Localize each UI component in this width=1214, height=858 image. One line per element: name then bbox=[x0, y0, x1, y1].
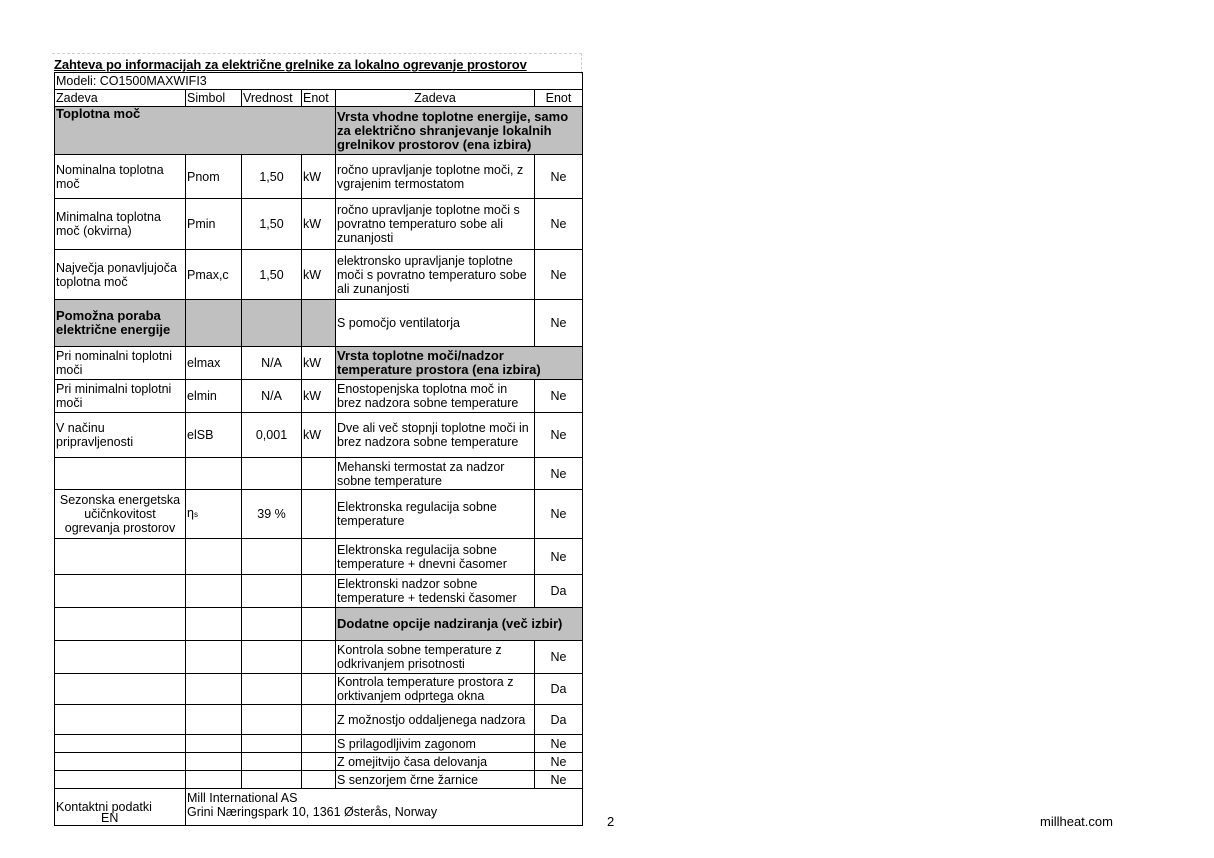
row-unit bbox=[302, 490, 336, 539]
table-row: Kontrola temperature prostora z orktivan… bbox=[55, 674, 583, 705]
row-right-value: Ne bbox=[535, 380, 583, 413]
row-right-value: Da bbox=[535, 674, 583, 705]
row-right-value: Ne bbox=[535, 539, 583, 575]
empty-cell bbox=[302, 608, 336, 641]
empty-cell bbox=[55, 458, 186, 490]
row-item: Minimalna toplotna moč (okvirna) bbox=[55, 199, 186, 250]
row-right-value: Ne bbox=[535, 458, 583, 490]
row-unit: kW bbox=[302, 347, 336, 380]
row-right-value: Ne bbox=[535, 735, 583, 753]
row-value: 1,50 bbox=[242, 250, 302, 300]
empty-cell bbox=[302, 753, 336, 771]
empty-cell bbox=[302, 771, 336, 789]
section-row: Toplotna moč Vrsta vhodne toplotne energ… bbox=[55, 107, 583, 155]
empty-cell bbox=[186, 300, 242, 347]
empty-cell bbox=[242, 771, 302, 789]
table-row: Dodatne opcije nadziranja (več izbir) bbox=[55, 608, 583, 641]
row-right-item: Elektronska regulacija sobne temperature bbox=[336, 490, 535, 539]
empty-cell bbox=[242, 608, 302, 641]
empty-cell bbox=[302, 735, 336, 753]
row-item: Pri minimalni toplotni moči bbox=[55, 380, 186, 413]
model-cell: Modeli: CO1500MAXWIFI3 bbox=[55, 73, 583, 90]
contact-details: Mill International AS Grini Næringspark … bbox=[186, 789, 583, 826]
empty-cell bbox=[242, 458, 302, 490]
page-number: 2 bbox=[607, 814, 614, 829]
empty-cell bbox=[186, 753, 242, 771]
row-symbol: ηs bbox=[186, 490, 242, 539]
row-right-value: Ne bbox=[535, 199, 583, 250]
empty-cell bbox=[302, 641, 336, 674]
row-item: Pri nominalni toplotni moči bbox=[55, 347, 186, 380]
contact-row: Kontaktni podatki EN Mill International … bbox=[55, 789, 583, 826]
table-row: Z omejitvijo časa delovanja Ne bbox=[55, 753, 583, 771]
empty-cell bbox=[186, 539, 242, 575]
empty-cell bbox=[55, 674, 186, 705]
empty-cell bbox=[55, 539, 186, 575]
section-heat-control-type: Vrsta toplotne moči/nadzor temperature p… bbox=[336, 347, 583, 380]
row-value: 39 % bbox=[242, 490, 302, 539]
header-row: Zadeva Simbol Vrednost Enot Zadeva Enot bbox=[55, 90, 583, 107]
header-value: Vrednost bbox=[242, 90, 302, 107]
table-row: S senzorjem črne žarnice Ne bbox=[55, 771, 583, 789]
row-symbol: Pmin bbox=[186, 199, 242, 250]
row-symbol: elSB bbox=[186, 413, 242, 458]
row-right-item: Z omejitvijo časa delovanja bbox=[336, 753, 535, 771]
table-row: Z možnostjo oddaljenega nadzora Da bbox=[55, 705, 583, 735]
row-right-value: Ne bbox=[535, 250, 583, 300]
row-right-item: Elektronski nadzor sobne temperature + t… bbox=[336, 575, 535, 608]
section-row: Pomožna poraba električne energije S pom… bbox=[55, 300, 583, 347]
row-symbol: Pnom bbox=[186, 155, 242, 199]
row-symbol: elmax bbox=[186, 347, 242, 380]
document-title: Zahteva po informacijah za električne gr… bbox=[54, 57, 527, 72]
table-row: Elektronski nadzor sobne temperature + t… bbox=[55, 575, 583, 608]
section-input-type: Vrsta vhodne toplotne energije, samo za … bbox=[336, 107, 583, 155]
empty-cell bbox=[242, 674, 302, 705]
empty-cell bbox=[302, 575, 336, 608]
website-link[interactable]: millheat.com bbox=[1040, 814, 1113, 829]
row-right-value: Ne bbox=[535, 753, 583, 771]
header-item: Zadeva bbox=[55, 90, 186, 107]
language-code: EN bbox=[101, 811, 118, 825]
empty-cell bbox=[186, 735, 242, 753]
table-row: Največja ponavljujoča toplotna moč Pmax,… bbox=[55, 250, 583, 300]
row-value: N/A bbox=[242, 380, 302, 413]
row-right-value: Ne bbox=[535, 771, 583, 789]
row-right-item: Kontrola sobne temperature z odkrivanjem… bbox=[336, 641, 535, 674]
table-row: Sezonska energetska učičnkovitost ogreva… bbox=[55, 490, 583, 539]
empty-cell bbox=[186, 458, 242, 490]
empty-cell bbox=[55, 771, 186, 789]
row-value: N/A bbox=[242, 347, 302, 380]
row-right-item: S pomočjo ventilatorja bbox=[336, 300, 535, 347]
section-additional-control: Dodatne opcije nadziranja (več izbir) bbox=[336, 608, 583, 641]
empty-cell bbox=[242, 641, 302, 674]
empty-cell bbox=[55, 641, 186, 674]
row-item: Sezonska energetska učičnkovitost ogreva… bbox=[55, 490, 186, 539]
table-row: S prilagodljivim zagonom Ne bbox=[55, 735, 583, 753]
empty-cell bbox=[302, 539, 336, 575]
row-right-value: Da bbox=[535, 705, 583, 735]
row-item: V načinu pripravljenosti bbox=[55, 413, 186, 458]
header-symbol: Simbol bbox=[186, 90, 242, 107]
empty-cell bbox=[302, 674, 336, 705]
empty-cell bbox=[302, 300, 336, 347]
table-row: Mehanski termostat za nadzor sobne tempe… bbox=[55, 458, 583, 490]
table-row: Nominalna toplotna moč Pnom 1,50 kW ročn… bbox=[55, 155, 583, 199]
model-row: Modeli: CO1500MAXWIFI3 bbox=[55, 73, 583, 90]
table-row: Minimalna toplotna moč (okvirna) Pmin 1,… bbox=[55, 199, 583, 250]
empty-cell bbox=[242, 539, 302, 575]
empty-cell bbox=[186, 674, 242, 705]
section-aux-consumption: Pomožna poraba električne energije bbox=[55, 300, 186, 347]
row-right-item: Enostopenjska toplotna moč in brez nadzo… bbox=[336, 380, 535, 413]
header-right-item: Zadeva bbox=[336, 90, 535, 107]
row-right-value: Ne bbox=[535, 155, 583, 199]
row-unit: kW bbox=[302, 413, 336, 458]
table-row: Elektronska regulacija sobne temperature… bbox=[55, 539, 583, 575]
row-right-item: Elektronska regulacija sobne temperature… bbox=[336, 539, 535, 575]
contact-label-cell: Kontaktni podatki EN bbox=[55, 789, 186, 826]
row-right-value: Da bbox=[535, 575, 583, 608]
row-item: Največja ponavljujoča toplotna moč bbox=[55, 250, 186, 300]
section-heat-output: Toplotna moč bbox=[55, 107, 336, 155]
contact-company: Mill International AS bbox=[187, 791, 581, 805]
header-right-unit: Enot bbox=[535, 90, 583, 107]
empty-cell bbox=[55, 735, 186, 753]
empty-cell bbox=[55, 575, 186, 608]
row-right-item: ročno upravljanje toplotne moči s povrat… bbox=[336, 199, 535, 250]
spec-table: Modeli: CO1500MAXWIFI3 Zadeva Simbol Vre… bbox=[54, 72, 583, 826]
empty-cell bbox=[242, 753, 302, 771]
table-row: Pri nominalni toplotni moči elmax N/A kW… bbox=[55, 347, 583, 380]
empty-cell bbox=[302, 705, 336, 735]
table-row: Kontrola sobne temperature z odkrivanjem… bbox=[55, 641, 583, 674]
row-symbol: elmin bbox=[186, 380, 242, 413]
row-unit: kW bbox=[302, 250, 336, 300]
contact-address: Grini Næringspark 10, 1361 Østerås, Norw… bbox=[187, 805, 581, 819]
empty-cell bbox=[55, 753, 186, 771]
empty-cell bbox=[242, 300, 302, 347]
eta-subscript: s bbox=[194, 510, 198, 519]
eta-symbol: η bbox=[187, 506, 194, 520]
row-item: Nominalna toplotna moč bbox=[55, 155, 186, 199]
table-row: V načinu pripravljenosti elSB 0,001 kW D… bbox=[55, 413, 583, 458]
row-right-item: Kontrola temperature prostora z orktivan… bbox=[336, 674, 535, 705]
row-value: 1,50 bbox=[242, 199, 302, 250]
row-unit: kW bbox=[302, 199, 336, 250]
row-value: 1,50 bbox=[242, 155, 302, 199]
empty-cell bbox=[186, 575, 242, 608]
row-symbol: Pmax,c bbox=[186, 250, 242, 300]
row-right-item: ročno upravljanje toplotne moči, z vgraj… bbox=[336, 155, 535, 199]
row-right-item: S prilagodljivim zagonom bbox=[336, 735, 535, 753]
empty-cell bbox=[242, 705, 302, 735]
empty-cell bbox=[186, 771, 242, 789]
table-row: Pri minimalni toplotni moči elmin N/A kW… bbox=[55, 380, 583, 413]
row-right-value: Ne bbox=[535, 300, 583, 347]
empty-cell bbox=[55, 705, 186, 735]
empty-cell bbox=[242, 575, 302, 608]
row-unit: kW bbox=[302, 155, 336, 199]
row-right-value: Ne bbox=[535, 490, 583, 539]
row-right-item: S senzorjem črne žarnice bbox=[336, 771, 535, 789]
row-right-item: elektronsko upravljanje toplotne moči s … bbox=[336, 250, 535, 300]
empty-cell bbox=[55, 608, 186, 641]
row-unit: kW bbox=[302, 380, 336, 413]
empty-cell bbox=[186, 608, 242, 641]
empty-cell bbox=[186, 705, 242, 735]
row-right-item: Mehanski termostat za nadzor sobne tempe… bbox=[336, 458, 535, 490]
row-right-value: Ne bbox=[535, 641, 583, 674]
header-unit: Enot bbox=[302, 90, 336, 107]
row-right-item: Z možnostjo oddaljenega nadzora bbox=[336, 705, 535, 735]
empty-cell bbox=[302, 458, 336, 490]
empty-cell bbox=[186, 641, 242, 674]
row-right-item: Dve ali več stopnji toplotne moči in bre… bbox=[336, 413, 535, 458]
row-value: 0,001 bbox=[242, 413, 302, 458]
row-right-value: Ne bbox=[535, 413, 583, 458]
empty-cell bbox=[242, 735, 302, 753]
